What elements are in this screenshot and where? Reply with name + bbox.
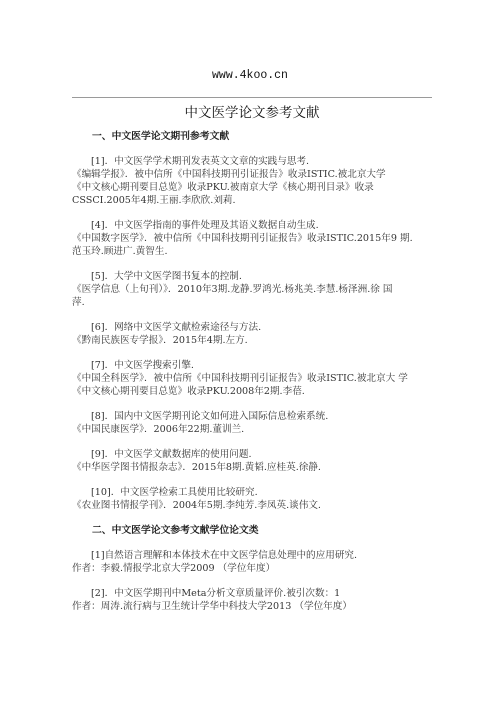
reference-title: [1]自然语言理解和本体技术在中文医学信息处理中的应用研究.	[72, 549, 432, 562]
section-heading-journals: 一、中文医学论文期刊参考文献	[72, 130, 432, 143]
reference-entry: [4]．中文医学指南的事件处理及其语义数据自动生成. 《中国数字医学》．被中信所…	[72, 219, 432, 258]
reference-entry: [1]．中文医学学术期刊发表英文文章的实践与思考. 《编辑学报》．被中信所《中国…	[72, 155, 432, 207]
reference-detail: 《中国全科医学》．被中信所《中国科技期刊引证报告》收录ISTIC.被北京大 学	[72, 372, 432, 385]
reference-title: [9]．中文医学文献数据库的使用问题.	[72, 448, 432, 461]
reference-detail: 作者：李毅.情报学北京大学2009 （学位年度）	[72, 562, 432, 575]
header-divider	[72, 97, 432, 98]
reference-detail: 《中华医学图书情报杂志》．2015年8期.黄韬.应桂英.徐静.	[72, 461, 432, 474]
reference-entry: [8]．国内中文医学期刊论文如何进入国际信息检索系统. 《中国民康医学》．200…	[72, 410, 432, 436]
reference-detail: 范玉玲.顾进广.黄智生.	[72, 245, 432, 258]
reference-entry: [2]．中文医学期刊中Meta分析文章质量评价.被引次数：1 作者：周涛.流行病…	[72, 587, 432, 613]
reference-entry: [10]．中文医学检索工具使用比较研究. 《农业图书情报学刊》．2004年5期.…	[72, 486, 432, 512]
reference-detail: 《农业图书情报学刊》．2004年5期.李纯芳.李凤英.谈伟文.	[72, 499, 432, 512]
reference-title: [10]．中文医学检索工具使用比较研究.	[72, 486, 432, 499]
reference-entry: [5]．大学中文医学图书复本的控制. 《医学信息（上旬刊）》．2010年3期.龙…	[72, 270, 432, 309]
reference-title: [4]．中文医学指南的事件处理及其语义数据自动生成.	[72, 219, 432, 232]
reference-title: [8]．国内中文医学期刊论文如何进入国际信息检索系统.	[72, 410, 432, 423]
reference-detail: 《编辑学报》．被中信所《中国科技期刊引证报告》收录ISTIC.被北京大学	[72, 168, 432, 181]
reference-title: [2]．中文医学期刊中Meta分析文章质量评价.被引次数：1	[72, 587, 432, 600]
reference-detail: 《中国数字医学》．被中信所《中国科技期刊引证报告》收录ISTIC.2015年9 …	[72, 232, 432, 245]
reference-detail: 萍.	[72, 296, 432, 309]
reference-title: [5]．大学中文医学图书复本的控制.	[72, 270, 432, 283]
site-url: www.4koo.cn	[0, 69, 500, 82]
reference-detail: 《中文核心期刊要目总览》收录PKU.2008年2期.李蓓.	[72, 385, 432, 398]
reference-entry: [1]自然语言理解和本体技术在中文医学信息处理中的应用研究. 作者：李毅.情报学…	[72, 549, 432, 575]
reference-title: [1]．中文医学学术期刊发表英文文章的实践与思考.	[72, 155, 432, 168]
reference-detail: 《黔南民族医专学报》．2015年4期.左方.	[72, 334, 432, 347]
reference-entry: [6]．网络中文医学文献检索途径与方法. 《黔南民族医专学报》．2015年4期.…	[72, 321, 432, 347]
document-title: 中文医学论文参考文献	[72, 101, 432, 121]
reference-entry: [7]．中文医学搜索引擎. 《中国全科医学》．被中信所《中国科技期刊引证报告》收…	[72, 359, 432, 398]
document-body: 一、中文医学论文期刊参考文献 [1]．中文医学学术期刊发表英文文章的实践与思考.…	[72, 130, 432, 625]
reference-detail: CSSCI.2005年4期.王丽.李欣欣.刘莉.	[72, 194, 432, 207]
reference-entry: [9]．中文医学文献数据库的使用问题. 《中华医学图书情报杂志》．2015年8期…	[72, 448, 432, 474]
section-heading-theses: 二、中文医学论文参考文献学位论文类	[72, 524, 432, 537]
reference-detail: 《医学信息（上旬刊）》．2010年3期.龙静.罗鸿光.杨兆美.李慧.杨泽洲.徐 …	[72, 283, 432, 296]
reference-title: [6]．网络中文医学文献检索途径与方法.	[72, 321, 432, 334]
reference-detail: 作者：周涛.流行病与卫生统计学华中科技大学2013 （学位年度）	[72, 600, 432, 613]
reference-detail: 《中文核心期刊要目总览》收录PKU.被南京大学《核心期刊目录》收录	[72, 181, 432, 194]
reference-detail: 《中国民康医学》．2006年22期.董训兰.	[72, 423, 432, 436]
reference-title: [7]．中文医学搜索引擎.	[72, 359, 432, 372]
